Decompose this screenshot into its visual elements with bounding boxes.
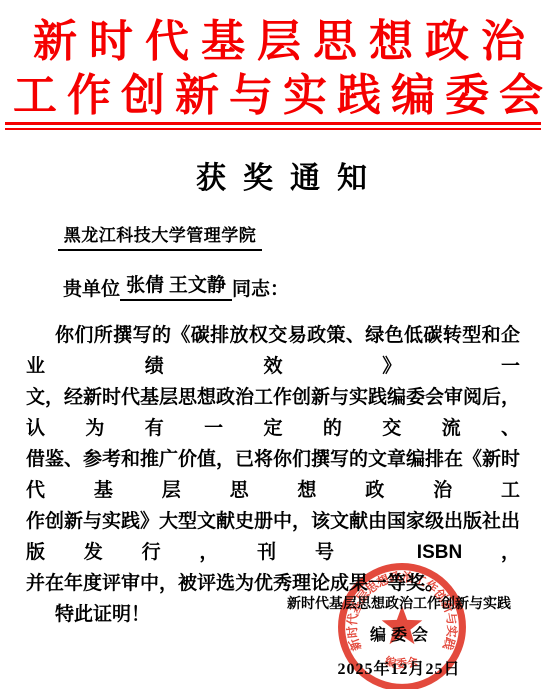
org-header-line2: 工作创新与实践编委会 [0,68,546,124]
body-line: 文，经新时代基层思想政治工作创新与实践编委会审阅后，认为有一定的交流、 [26,382,520,444]
official-seal: 新时代基层思想政治工作创新与实践 编委会 [337,562,467,689]
recipient-unit: 黑龙江科技大学管理学院 [58,221,262,251]
org-header-line1: 新时代基层思想政治 [0,14,546,70]
header-double-rule [5,122,541,130]
notice-title: 获奖通知 [0,153,546,197]
body-line: 借鉴、参考和推广价值，已将你们撰写的文章编排在《新时代基层思想政治工 [26,444,520,506]
seal-bottom-text: 编委会 [382,653,420,670]
awardee-names: 张倩 王文静 [120,270,232,301]
certificate-page: 新时代基层思想政治 工作创新与实践编委会 获奖通知 黑龙江科技大学管理学院 贵单… [0,0,546,689]
salutation-suffix: 同志： [232,279,289,300]
salutation-line: 贵单位张倩 王文静同志： [63,270,289,301]
body-line: 你们所撰写的《碳排放权交易政策、绿色低碳转型和企业绩效》一 [26,320,520,382]
body-line: 作创新与实践》大型文献史册中，该文献由国家级出版社出版发行，刊号 ISBN， [26,506,520,568]
salutation-prefix: 贵单位 [63,279,120,300]
seal-star-icon [382,606,423,645]
